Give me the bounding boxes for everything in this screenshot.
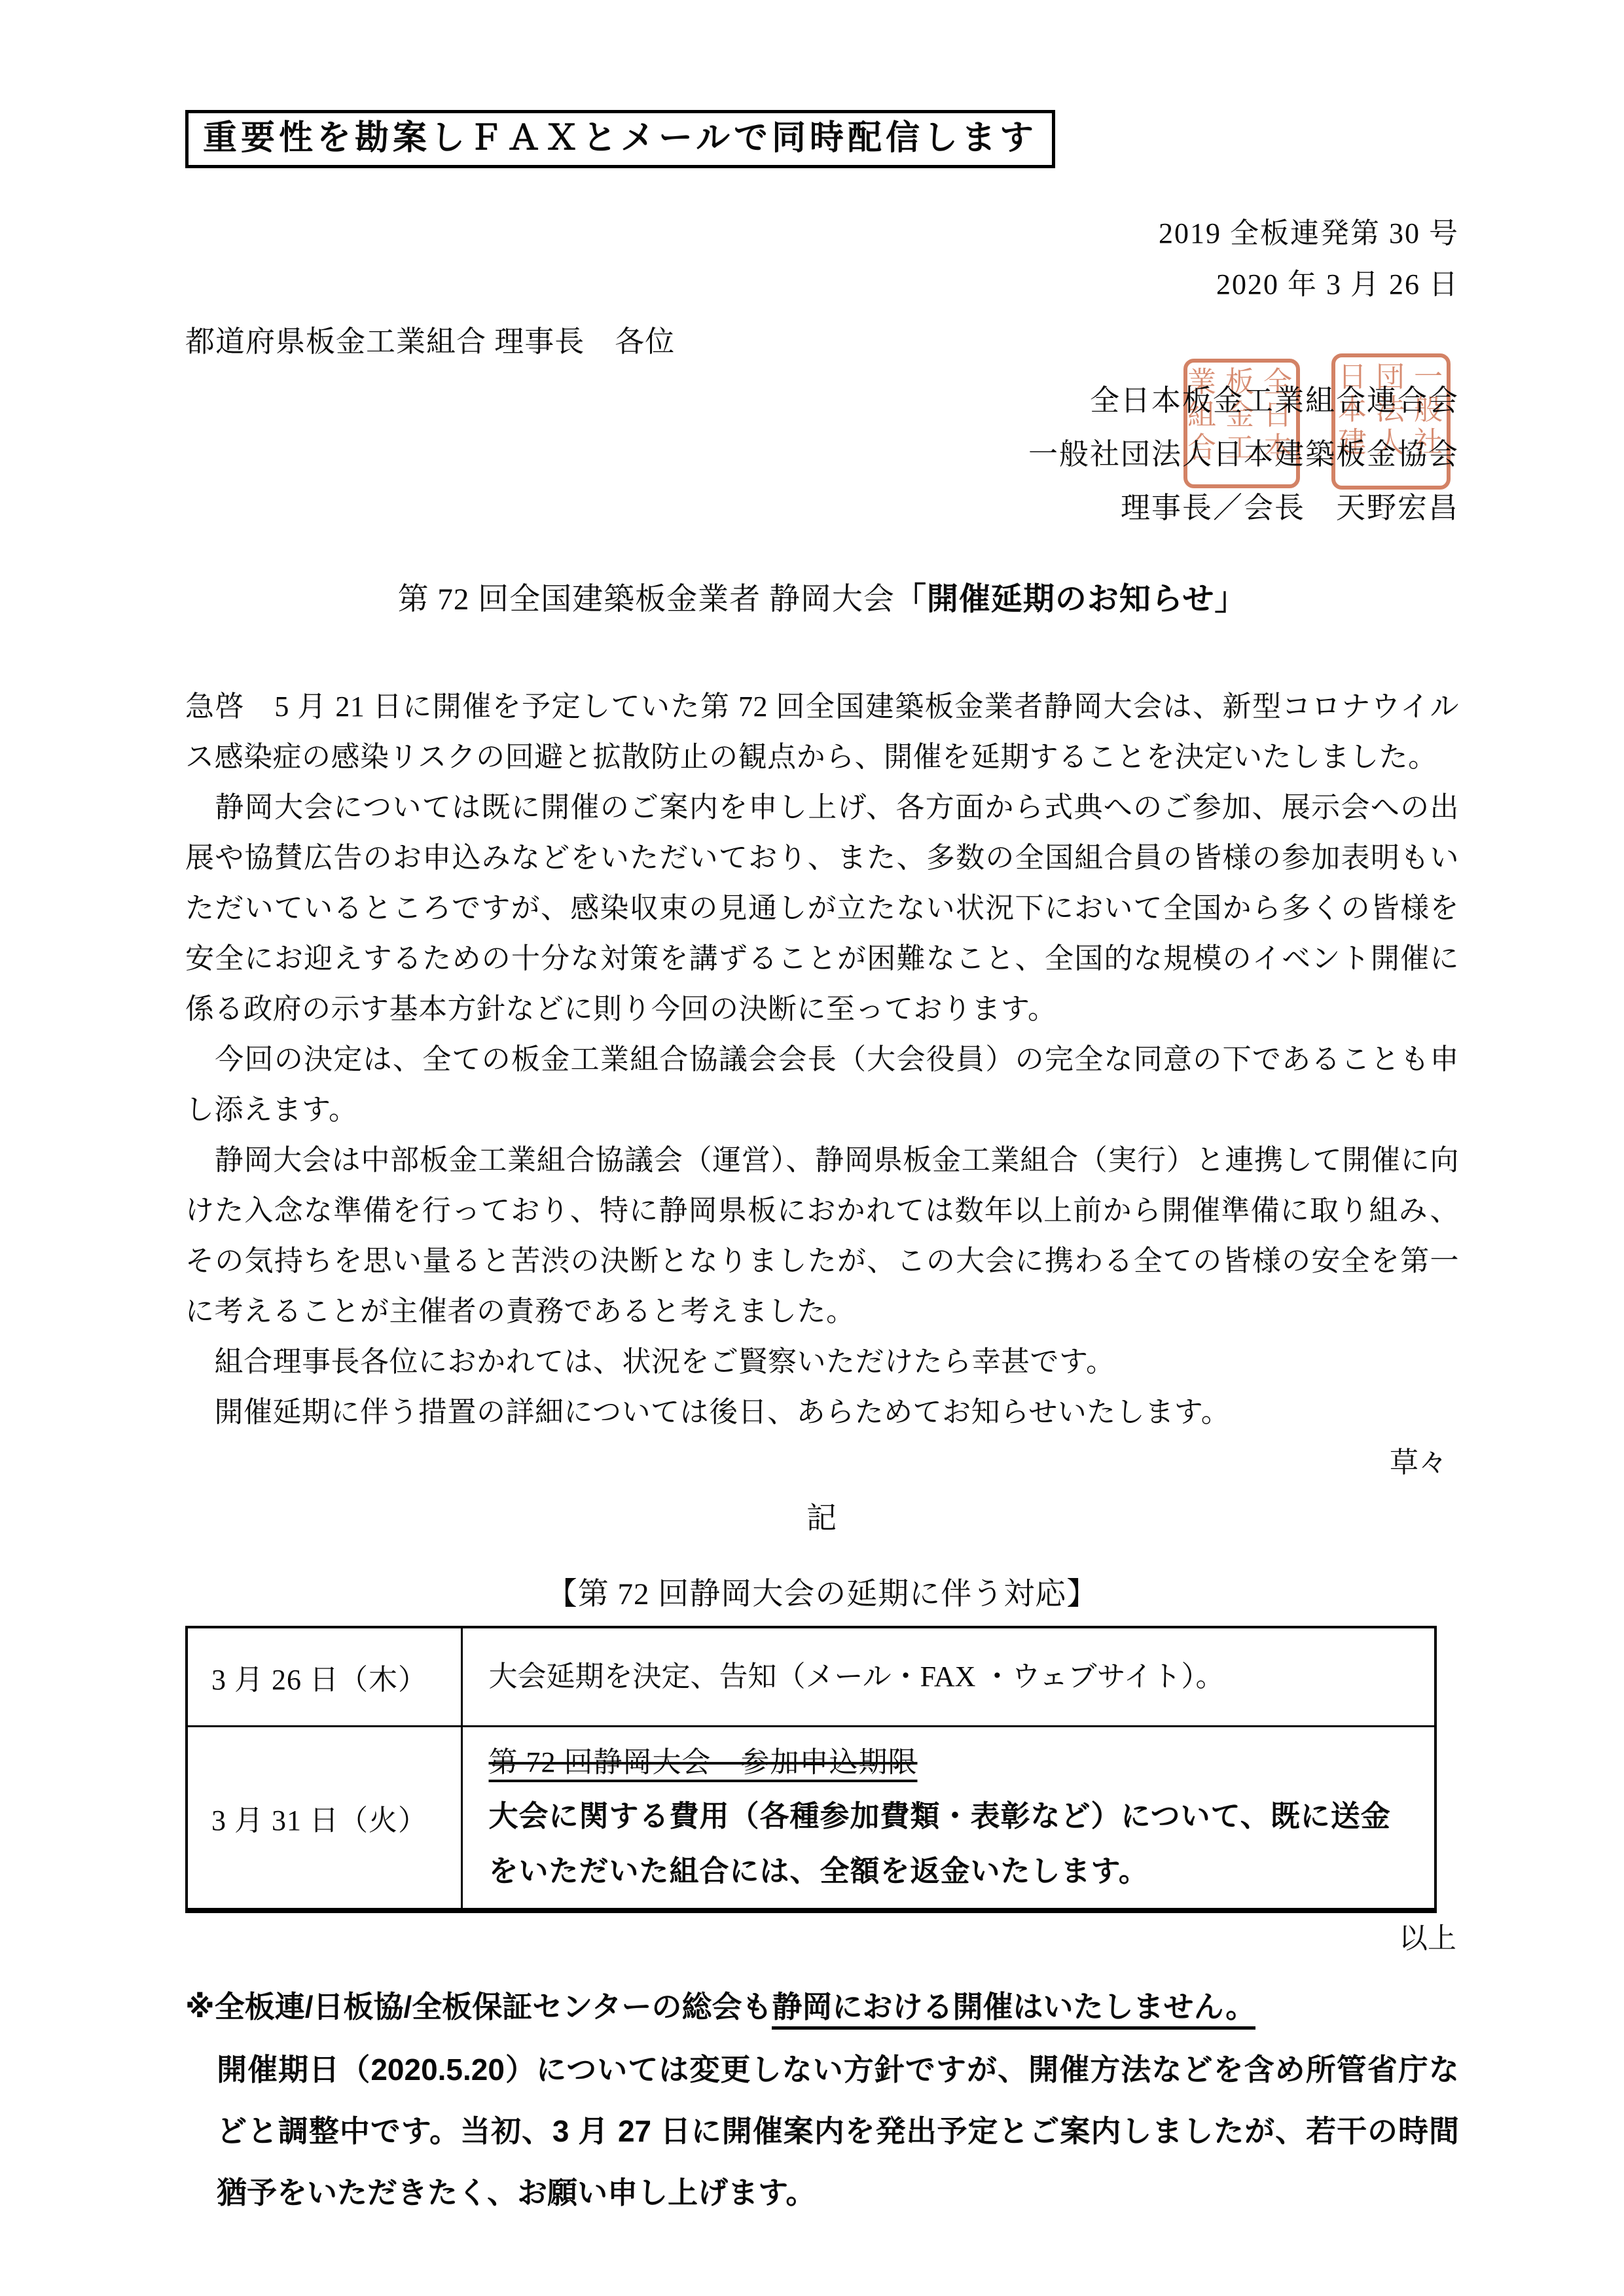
body-paragraph: 開催延期に伴う措置の詳細については後日、あらためてお知らせいたします。 — [185, 1387, 1459, 1437]
body-paragraph: 組合理事長各位におかれては、状況をご賢察いただけたら幸甚です。 — [185, 1336, 1459, 1387]
footnote-detail-text: 開催期日（2020.5.20）については変更しない方針ですが、開催方法などを含め… — [185, 2039, 1459, 2223]
table-row: 3 月 31 日（火） 第 72 回静岡大会 参加申込期限 大会に関する費用（各… — [187, 1727, 1435, 1911]
table-cell-action: 第 72 回静岡大会 参加申込期限 大会に関する費用（各種参加費類・表彰など）に… — [461, 1727, 1435, 1911]
refund-notice-text: 大会に関する費用（各種参加費類・表彰など）について、既に送金をいただいた組合には… — [489, 1789, 1416, 1899]
footnote-lead-text: ※全板連/日板協/全板保証センターの総会も — [185, 1990, 772, 2024]
document-number: 2019 全板連発第 30 号 — [185, 213, 1459, 255]
letter-content: 重要性を勘案しＦＡＸとメールで同時配信します 2019 全板連発第 30 号 2… — [0, 0, 1624, 2223]
postponement-response-table: 3 月 26 日（木） 大会延期を決定、告知（メール・FAX ・ウェブサイト）。… — [185, 1626, 1437, 1914]
footnote-underlined-text: 静岡における開催はいたしません。 — [772, 1990, 1255, 2030]
addressee-line: 都道府県板金工業組合 理事長 各位 — [185, 320, 1459, 363]
body-paragraph: 静岡大会については既に開催のご案内を申し上げ、各方面から式典へのご参加、展示会へ… — [185, 782, 1459, 1034]
official-seal-association: 一般社団法人日本建築板金協会之印 — [1331, 353, 1451, 490]
end-marker-ijou: 以上 — [185, 1918, 1459, 1959]
table-row: 3 月 26 日（木） 大会延期を決定、告知（メール・FAX ・ウェブサイト）。 — [187, 1627, 1435, 1727]
footnote-block: ※全板連/日板協/全板保証センターの総会も静岡における開催はいたしません。 開催… — [185, 1976, 1459, 2223]
footnote-lead-line: ※全板連/日板協/全板保証センターの総会も静岡における開催はいたしません。 — [185, 1976, 1459, 2037]
official-seal-federation: 全日本板金工業組合連合会之印 — [1183, 359, 1300, 488]
letter-title-main: 第 72 回全国建築板金業者 静岡大会 — [398, 583, 895, 617]
table-cell-action: 大会延期を決定、告知（メール・FAX ・ウェブサイト）。 — [461, 1627, 1435, 1727]
document-date: 2020 年 3 月 26 日 — [185, 264, 1459, 306]
table-cell-date: 3 月 26 日（木） — [187, 1627, 461, 1727]
sender-signer: 理事長／会長 天野宏昌 — [185, 481, 1459, 535]
body-paragraph: 急啓 5 月 21 日に開催を予定していた第 72 回全国建築板金業者静岡大会は… — [185, 681, 1459, 782]
letter-title: 第 72 回全国建築板金業者 静岡大会「開催延期のお知らせ」 — [185, 575, 1459, 624]
scanned-letter-page: 重要性を勘案しＦＡＸとメールで同時配信します 2019 全板連発第 30 号 2… — [0, 0, 1624, 2296]
struck-deadline-text: 第 72 回静岡大会 参加申込期限 — [489, 1746, 918, 1778]
response-table-caption: 【第 72 回静岡大会の延期に伴う対応】 — [185, 1573, 1459, 1615]
closing-sousou: 草々 — [185, 1437, 1459, 1488]
letter-title-emphasis: 「開催延期のお知らせ」 — [895, 582, 1247, 617]
delivery-notice-banner: 重要性を勘案しＦＡＸとメールで同時配信します — [185, 110, 1055, 168]
table-cell-date: 3 月 31 日（火） — [187, 1727, 461, 1911]
body-paragraph: 今回の決定は、全ての板金工業組合協議会会長（大会役員）の完全な同意の下であること… — [185, 1034, 1459, 1135]
letter-body: 急啓 5 月 21 日に開催を予定していた第 72 回全国建築板金業者静岡大会は… — [185, 681, 1459, 1437]
record-marker-ki: 記 — [185, 1493, 1459, 1543]
body-paragraph: 静岡大会は中部板金工業組合協議会（運営）、静岡県板金工業組合（実行）と連携して開… — [185, 1135, 1459, 1336]
